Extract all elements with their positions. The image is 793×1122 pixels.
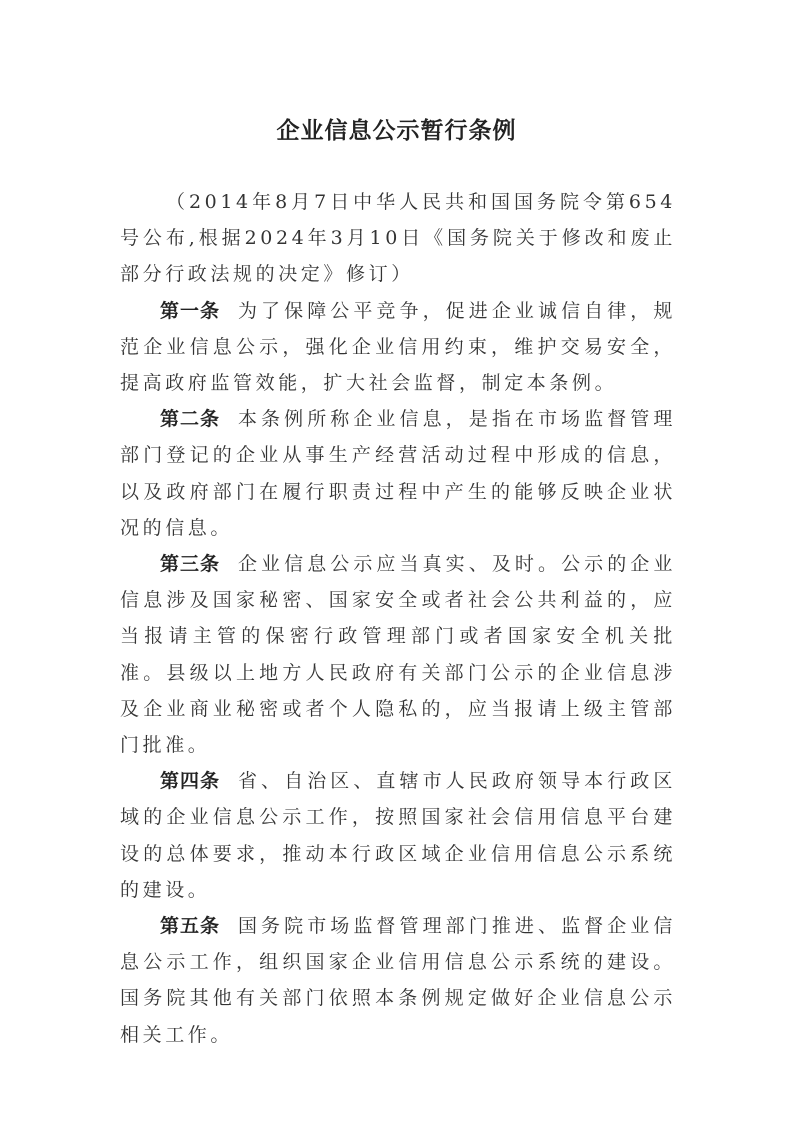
document-page: 企业信息公示暂行条例 （2014年8月7日中华人民共和国国务院令第654号公布,…	[0, 0, 793, 1122]
article-text: 企业信息公示应当真实、及时。公示的企业信息涉及国家秘密、国家安全或者社会公共利益…	[120, 553, 676, 756]
preamble: （2014年8月7日中华人民共和国国务院令第654号公布,根据2024年3月10…	[120, 184, 676, 293]
article-1: 第一条为了保障公平竞争，促进企业诚信自律，规范企业信息公示，强化企业信用约束，维…	[120, 293, 676, 402]
article-4: 第四条省、自治区、直辖市人民政府领导本行政区域的企业信息公示工作，按照国家社会信…	[120, 763, 676, 908]
article-5: 第五条国务院市场监督管理部门推进、监督企业信息公示工作，组织国家企业信用信息公示…	[120, 908, 676, 1053]
article-number: 第二条	[160, 408, 220, 430]
article-2: 第二条本条例所称企业信息，是指在市场监督管理部门登记的企业从事生产经营活动过程中…	[120, 401, 676, 546]
article-number: 第三条	[160, 553, 220, 575]
article-3: 第三条企业信息公示应当真实、及时。公示的企业信息涉及国家秘密、国家安全或者社会公…	[120, 546, 676, 763]
article-number: 第一条	[160, 300, 220, 322]
article-number: 第四条	[160, 770, 220, 792]
document-body: （2014年8月7日中华人民共和国国务院令第654号公布,根据2024年3月10…	[120, 184, 676, 1053]
document-title: 企业信息公示暂行条例	[0, 112, 793, 145]
article-number: 第五条	[160, 915, 220, 937]
